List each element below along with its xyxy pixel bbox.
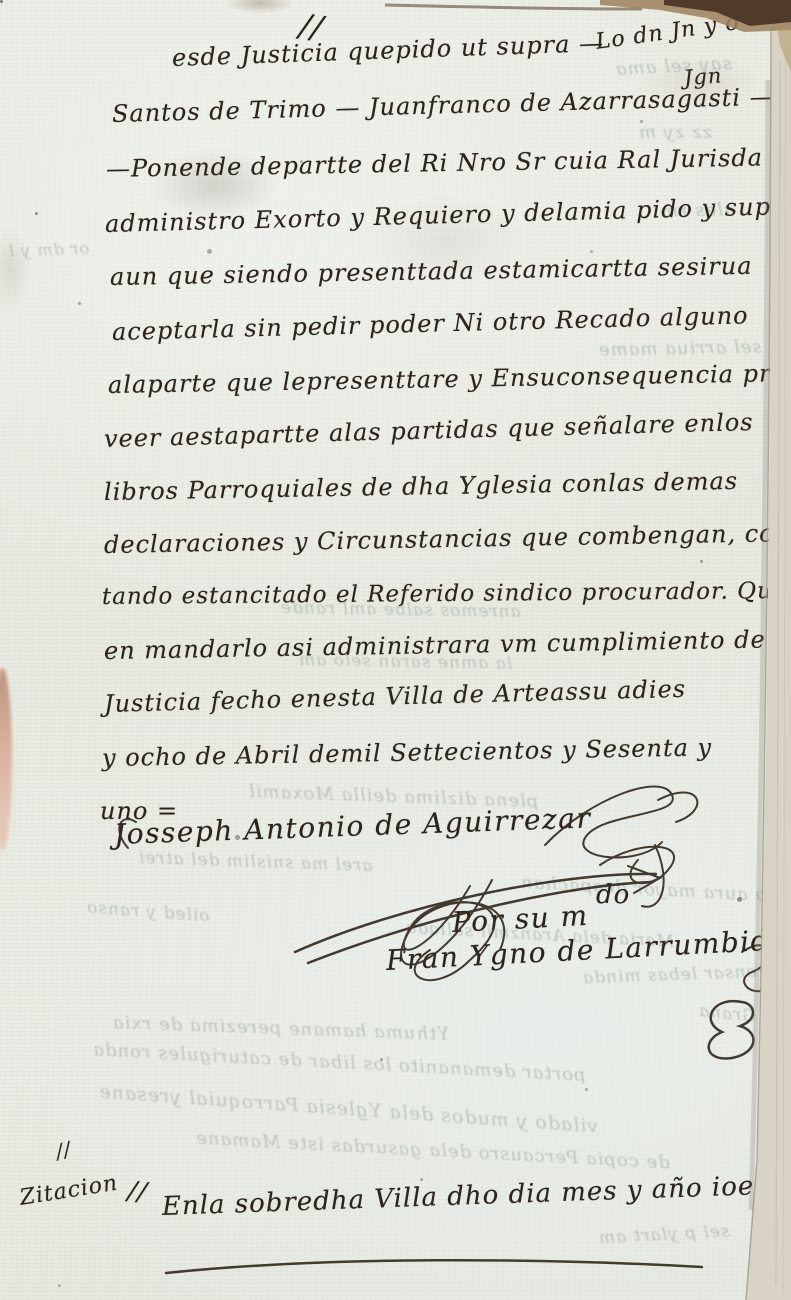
signature-alcalde: Josseph Antonio de Aguirrezar: [113, 801, 591, 851]
margin-upper-mark: //: [53, 1137, 74, 1164]
top-edge-line: [385, 5, 642, 9]
manuscript-line: y ocho de Abril demil Settecientos y Ses…: [102, 733, 713, 772]
manuscript-line: aun que siendo presenttada estamicartta …: [110, 252, 753, 291]
bleed-through-line: portar demananito los libar de caturigul…: [92, 1039, 586, 1086]
formula-superscript: do: [596, 880, 630, 910]
bleed-through-line: sel arriua mame: [598, 337, 762, 361]
bleed-through-line: rensar lebas minda: [582, 962, 766, 988]
bleed-through-line: sel p ylart am: [598, 1222, 731, 1249]
closing-rule: [166, 1260, 702, 1273]
paper-stain: [225, 0, 295, 14]
bleed-through-line: or dm y l: [8, 239, 90, 261]
bleed-through-line: zz zy m: [638, 122, 712, 143]
heading-fragment: Lo dn Jn y o: [594, 10, 741, 55]
manuscript-line: administro Exorto y Requiero y delamia p…: [105, 193, 772, 238]
manuscript-line: esde Justicia quepido ut supra —: [172, 29, 605, 72]
manuscript-line: Justicia fecho enesta Villa de Arteassu …: [104, 675, 687, 718]
manuscript-page: say sel ama zz zy m ales rm sel arriua m…: [0, 0, 791, 1300]
finger-edge: [0, 668, 12, 850]
bleed-through-line: Grana: [697, 1001, 757, 1027]
manuscript-line: en mandarlo asi administrara vm cumplimi…: [104, 625, 766, 665]
manuscript-line: tando estancitado el Referido sindico pr…: [102, 578, 788, 610]
bleed-through-line: Ythuma hamane perezima de rxia: [112, 1012, 450, 1045]
closing-line: Enla sobredha Villa dho dia mes y año io…: [161, 1171, 764, 1222]
manuscript-line: libros Parroquiales de dha Yglesia conla…: [104, 467, 739, 506]
margin-note-mark: //: [126, 1176, 149, 1208]
manuscript-line: veer aestapartte alas partidas que señal…: [104, 408, 754, 453]
manuscript-line: declaraciones y Circunstancias que combe…: [104, 519, 791, 559]
manuscript-line: alaparte que lepresenttare y Ensuconsequ…: [108, 359, 791, 399]
margin-note-citacion: Zitacion: [18, 1171, 120, 1211]
bleed-through-line: arel ma snislim del atrei: [138, 848, 373, 876]
paper-stain: [0, 225, 32, 315]
manuscript-line: —Ponende departte del Ri Nro Sr cuia Ral…: [106, 144, 763, 183]
bleed-through-line: vilado y mudos dela Yglesia Parroquial y…: [98, 1081, 599, 1138]
bleed-through-line: oiled y ranso: [85, 898, 210, 927]
bleed-through-line: de copia Percausro dela gasurdas iste Ma…: [195, 1128, 670, 1174]
ink-specks: [0, 0, 3, 3]
